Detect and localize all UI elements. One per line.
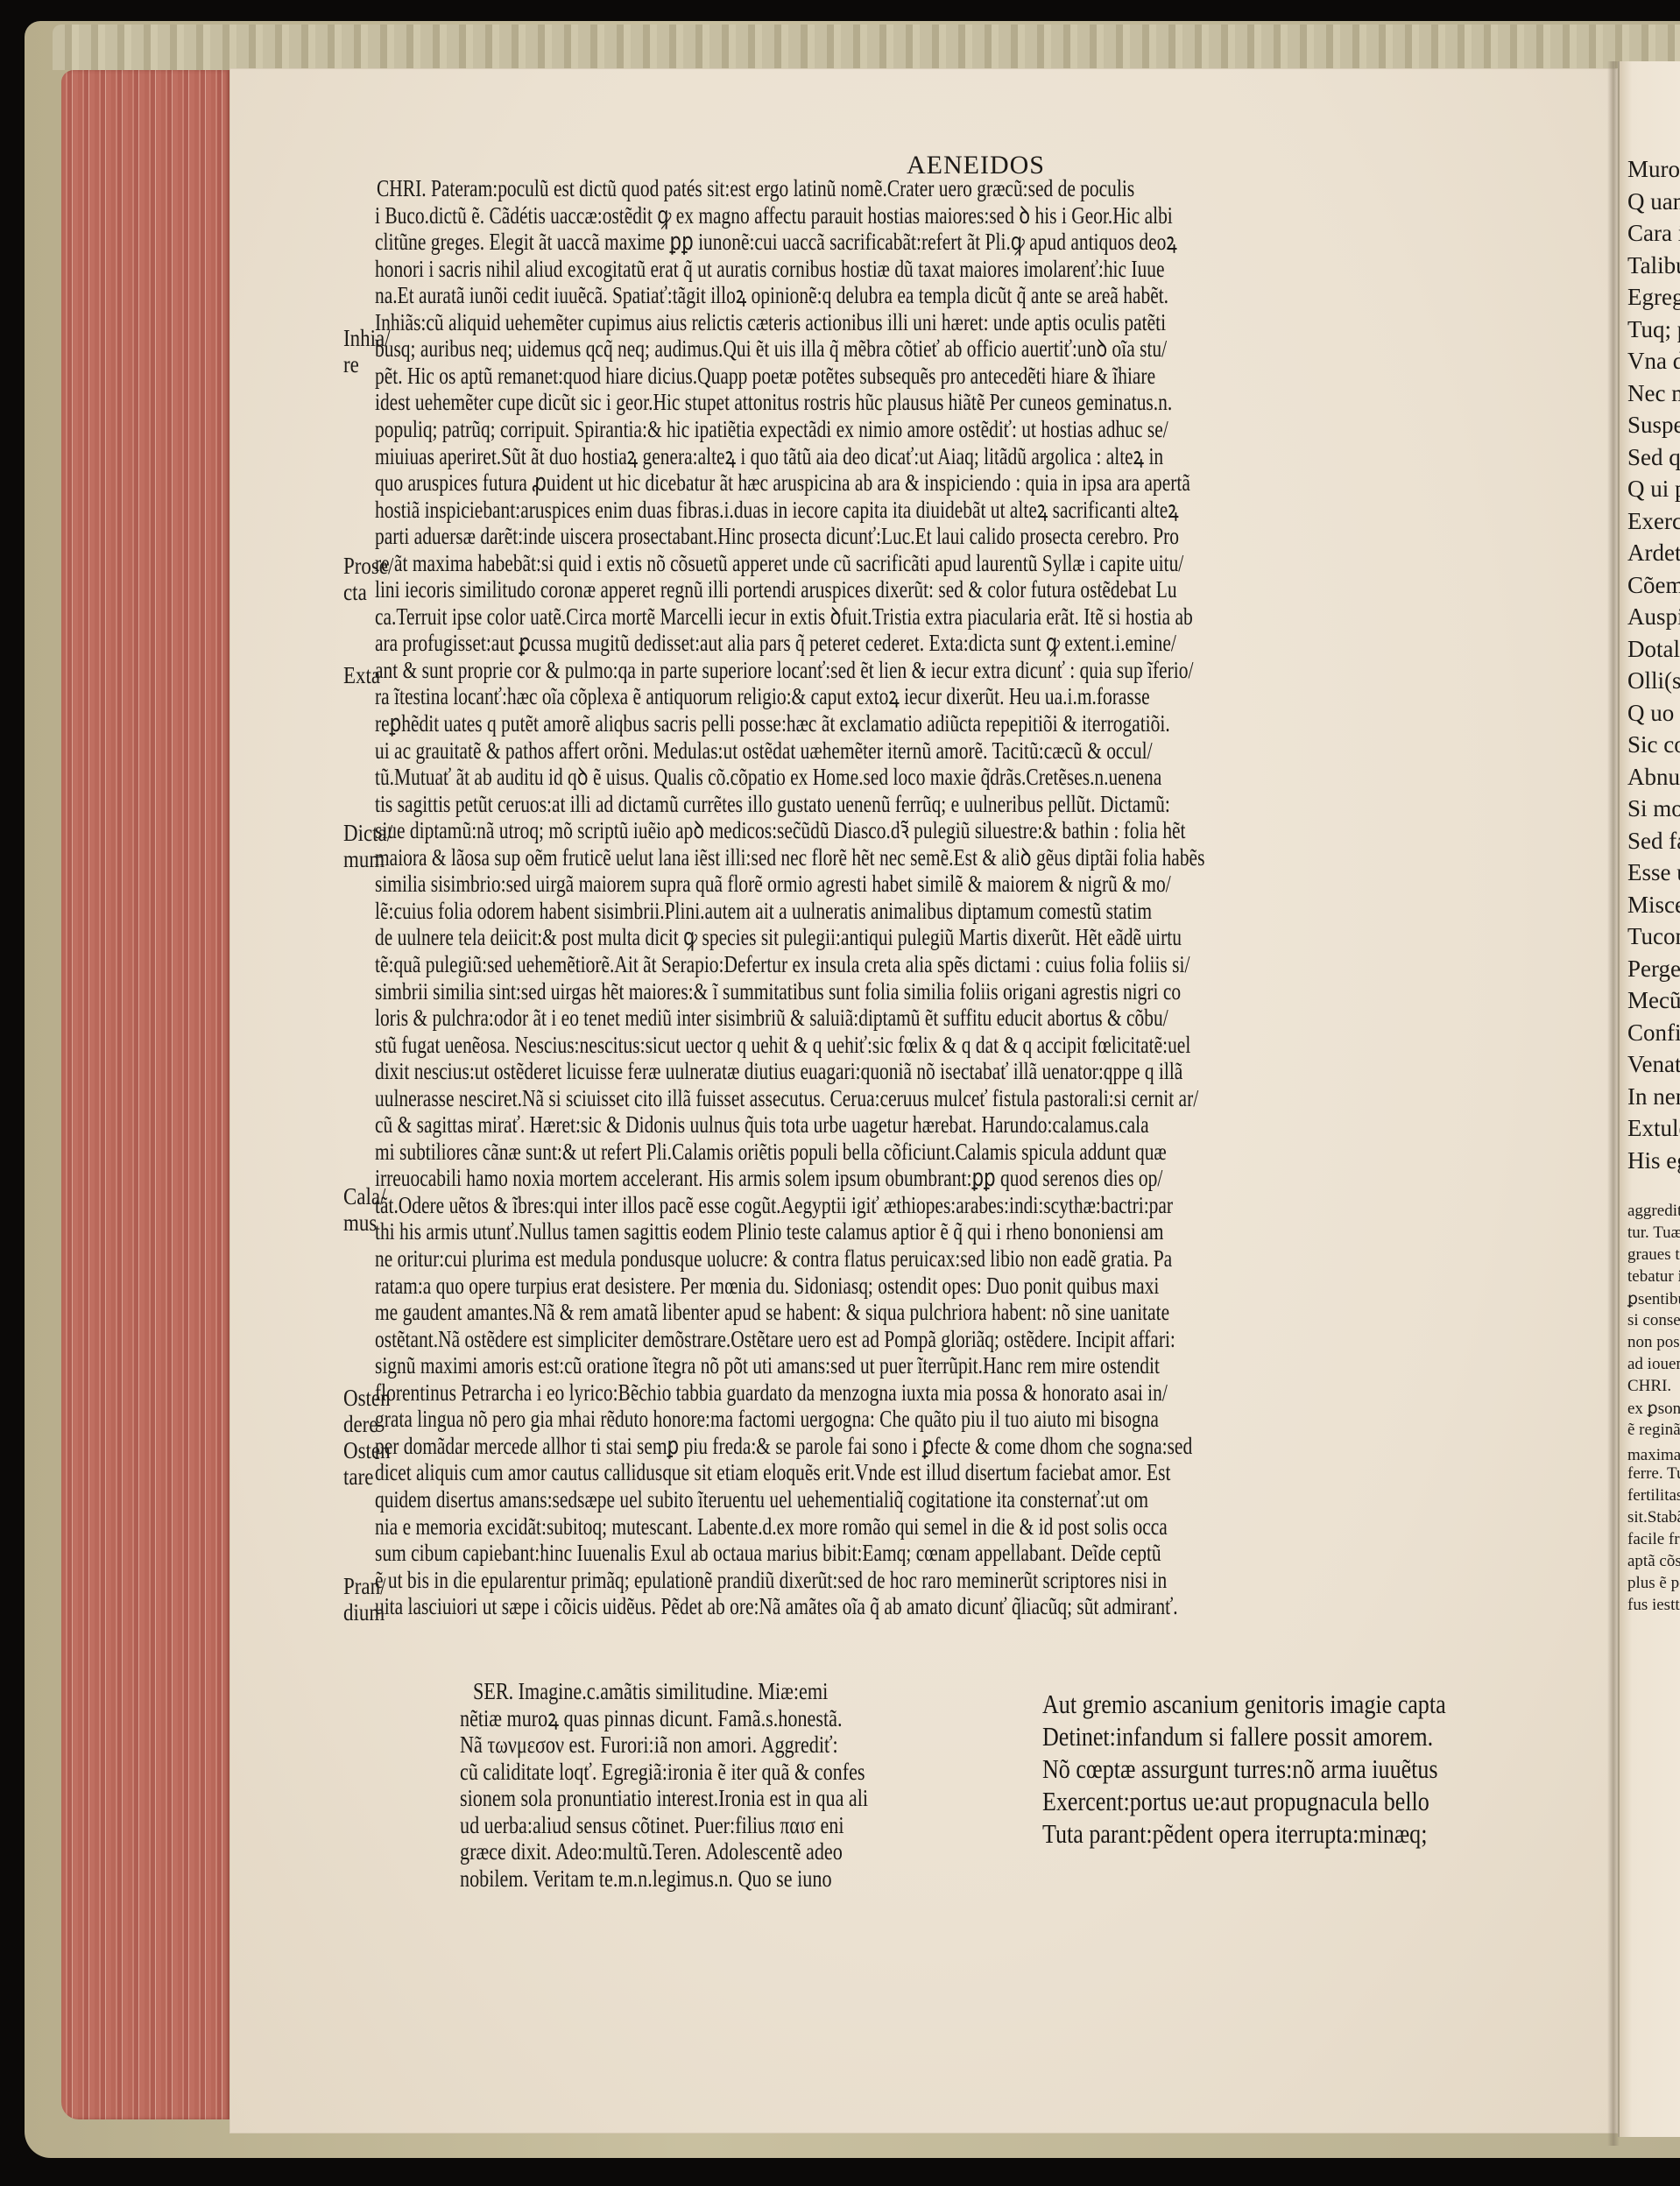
commentary-line: lini iecoris similitudo coronæ apperet r… (375, 576, 1177, 603)
right-page-verse-fragment: Olli(sen (1627, 667, 1680, 695)
right-page-commentary-fragment: maximaꝝ (1627, 1442, 1680, 1465)
commentary-line: ẽ ut bis in die epularentur primãq; epul… (375, 1567, 1167, 1593)
commentary-line: re ãt maxima habebãt:si quid i extis nõ … (375, 550, 1183, 576)
right-page-verse-fragment: Q uan (1627, 188, 1680, 215)
right-page-verse-fragment: Muron (1627, 156, 1680, 183)
right-page-commentary-fragment: ferre. Tu (1627, 1464, 1680, 1484)
commentary-line: me gaudent amantes.Nã & rem amatã libent… (375, 1299, 1169, 1325)
commentary-line: de uulnere tela deiicit:& post multa dic… (375, 924, 1182, 950)
right-page-verse-fragment: Cõem h (1627, 572, 1680, 599)
servius-line: nobilem. Veritam te.m.n.legimus.n. Quo s… (460, 1865, 832, 1892)
commentary-line: maiora & lãosa sup oẽm fruticẽ uelut lan… (375, 844, 1204, 871)
right-page-commentary-fragment: si consentie (1627, 1311, 1680, 1330)
servius-line: SER. Imagine.c.amãtis similitudine. Miæ:… (473, 1678, 828, 1704)
commentary-line: tũ.Mutuať ãt ab auditu id qꝺ ẽ uisus. Qu… (375, 764, 1161, 790)
commentary-line: signũ maximi amoris est:cũ oratione ĩteg… (375, 1352, 1160, 1379)
right-page-verse-fragment: Venatur (1627, 1051, 1680, 1078)
right-page-commentary-fragment: facile frauc (1627, 1530, 1680, 1549)
right-page-commentary-fragment: tebatur id (1627, 1267, 1680, 1287)
right-page-verse-fragment: Dotalesc (1627, 636, 1680, 663)
commentary-line: quo aruspices futura ꝓuident ut hic dice… (375, 469, 1190, 496)
right-page-commentary-fragment: ꝑsentibus: (1627, 1289, 1680, 1309)
right-page-verse-fragment: Vna do (1627, 348, 1680, 375)
right-page-verse-fragment: Talibu (1627, 252, 1680, 279)
commentary-line: florentinus Petrarcha i eo lyrico:Bẽchio… (375, 1379, 1168, 1406)
right-page-verse-fragment: Nec me (1627, 380, 1680, 407)
commentary-line: sum cibum capiebant:hinc Iuuenalis Exul … (375, 1540, 1161, 1566)
margin-note: Prose/ (343, 552, 393, 580)
commentary-line: pẽt. Hic os aptũ remanet:quod hiare dici… (375, 363, 1155, 389)
commentary-line: reꝑhẽdit uates q putẽt amorẽ aliqbus sac… (375, 710, 1170, 737)
commentary-line: simbrii similia sint:sed uirgas hẽt maio… (375, 978, 1181, 1005)
commentary-line: siue diptamũ:nã utroq; mõ scriptũ iuẽio … (375, 817, 1186, 843)
right-page-verse-fragment: Misceri (1627, 892, 1680, 919)
right-page-verse-fragment: Tuconi (1627, 923, 1680, 950)
commentary-line: tẽ:quã pulegiũ:sed uehemẽtiorẽ.Ait ãt Se… (375, 951, 1189, 977)
right-page-commentary-fragment: fus iestt:ut (1627, 1596, 1680, 1615)
commentary-line: ui ac grauitatẽ & pathos affert orõni. M… (375, 737, 1153, 764)
right-page-commentary-fragment: aggreditur (1627, 1202, 1680, 1221)
right-page-verse-fragment: Q ui po (1627, 476, 1680, 503)
right-page-verse-fragment: Cara ic (1627, 220, 1680, 247)
commentary-line: mi subtiliores cãnæ sunt:& ut refert Pli… (375, 1139, 1167, 1165)
margin-note: Osten (343, 1436, 391, 1464)
commentary-line: quidem disertus amans:sedsæpe uel subito… (375, 1486, 1148, 1513)
commentary-line: uita lasciuiori ut sæpe i cõicis uidẽus.… (375, 1593, 1178, 1619)
right-page-verse-fragment: Extulerit (1627, 1115, 1680, 1142)
right-page-verse-fragment: Tuq; pu (1627, 316, 1680, 343)
commentary-line: cũ & sagittas mirať. Hæret:sic & Didonis… (375, 1111, 1149, 1138)
verse-line: Nõ cœptæ assurgunt turres:nõ arma iuuẽtu… (1042, 1753, 1438, 1785)
servius-line: ud uerba:aliud sensus cõtinet. Puer:fili… (460, 1812, 844, 1838)
right-page-commentary-fragment: ad iouem e (1627, 1355, 1680, 1374)
commentary-line: similia sisimbrio:sed uirgã maiorem supr… (375, 871, 1171, 897)
commentary-line: ratam:a quo opere turpius erat desistere… (375, 1273, 1159, 1299)
margin-note: Osten (343, 1384, 391, 1412)
right-page-verse-fragment: Exercen (1627, 508, 1680, 535)
commentary-line: miuiuas aperiret.Sũt ãt duo hostiaꝝ gene… (375, 443, 1163, 469)
commentary-line: i Buco.dictũ ẽ. Cãdétis uaccæ:ostẽdit ꝙ … (375, 202, 1173, 229)
commentary-line: CHRI. Pateram:poculũ est dictũ quod paté… (377, 175, 1134, 201)
margin-note: dere (343, 1410, 378, 1438)
right-page-verse-fragment: Sed fat (1627, 828, 1680, 855)
servius-line: græce dixit. Adeo:multũ.Teren. Adolescen… (460, 1838, 843, 1865)
commentary-line: uulnerasse nesciret.Nã si sciuisset cito… (375, 1085, 1198, 1111)
margin-note: mus (343, 1209, 377, 1237)
right-page-commentary-fragment: graues tan (1627, 1245, 1680, 1265)
commentary-line: Inhiãs:cũ aliquid uehemẽter cupimus aius… (375, 309, 1166, 335)
right-page-verse-fragment: Esse uel (1627, 859, 1680, 886)
margin-note: Dicta/ (343, 819, 392, 847)
right-page-verse-fragment: Sic cont (1627, 731, 1680, 758)
commentary-line: irreuocabili hamo noxia mortem acceleran… (375, 1165, 1162, 1191)
commentary-line: busq; auribus neq; uidemus qcq̃ neq; aud… (375, 335, 1167, 362)
right-page-commentary-fragment: ex ꝑsona p (1627, 1399, 1680, 1419)
commentary-line: parti aduersæ darẽt:inde uiscera prosect… (375, 523, 1179, 549)
commentary-line: tãt.Odere uẽtos & ĩbres:qui inter illos … (375, 1192, 1173, 1218)
right-page-verse-fragment: Sed qs e (1627, 444, 1680, 471)
right-page-commentary-fragment: sit.Stabãt a (1627, 1508, 1680, 1527)
commentary-line: ca.Terruit ipse color uatẽ.Circa mortẽ M… (375, 603, 1193, 630)
servius-line: Nã τωνμεσον est. Furori:iã non amori. Ag… (460, 1731, 838, 1758)
commentary-line: dicet aliquis cum amor cautus callidusqu… (375, 1459, 1170, 1485)
verse-line: Aut gremio ascanium genitoris imagie cap… (1042, 1689, 1446, 1720)
margin-note: Pran/ (343, 1572, 385, 1600)
commentary-line: ara profugisset:aut ꝑcussa mugitũ dediss… (375, 630, 1176, 656)
margin-note: Cala/ (343, 1182, 385, 1210)
commentary-line: loris & pulchra:odor ãt i eo tenet mediũ… (375, 1005, 1168, 1031)
commentary-line: ant & sunt proprie cor & pulmo:qa in par… (375, 657, 1193, 683)
right-page-commentary-fragment: plus ẽ po (1627, 1574, 1680, 1593)
servius-line: cũ caliditate loqť. Egregiã:ironia ẽ ite… (460, 1759, 865, 1785)
right-page-verse-fragment: Mecũ er (1627, 987, 1680, 1014)
commentary-line: na.Et auratã iunõi cedit iuuẽcã. Spatiať… (375, 282, 1168, 308)
commentary-line: ostẽtant.Nã ostẽdere est simpliciter dem… (375, 1326, 1175, 1352)
commentary-line: ra ĩtestina locanť:hæc oĩa cõplexa ẽ ant… (375, 683, 1150, 709)
verse-line: Tuta parant:pẽdent opera iterrupta:minæq… (1042, 1818, 1427, 1850)
right-page-verse-fragment: Auspitii (1627, 603, 1680, 631)
right-page-verse-fragment: Perge:se (1627, 955, 1680, 983)
right-page-commentary-fragment: CHRI. (1627, 1377, 1671, 1396)
right-page-commentary-fragment: ẽ reginã:c (1627, 1421, 1680, 1440)
commentary-line: ne oritur:cui plurima est medula pondusq… (375, 1245, 1172, 1272)
commentary-line: nia e memoria excidãt:subitoq; mutescant… (375, 1513, 1168, 1540)
commentary-line: hostiã inspiciebant:aruspices enim duas … (375, 497, 1179, 523)
commentary-line: idest uehemẽter cupe dicũt sic i geor.Hi… (375, 389, 1172, 415)
right-page-verse-fragment: Suspect (1627, 412, 1680, 439)
commentary-line: stũ fugat uenẽosa. Nescius:nescitus:sicu… (375, 1032, 1190, 1058)
right-page-commentary-fragment: aptã cõstit (1627, 1552, 1680, 1571)
right-page-commentary-fragment: tur. Tuæ: (1627, 1223, 1680, 1243)
right-page-verse-fragment: Si mod (1627, 795, 1680, 822)
commentary-line: populiq; patrũq; corripuit. Spirantia:& … (375, 416, 1168, 442)
right-page-commentary-fragment: non posse (1627, 1333, 1680, 1352)
right-page-verse-fragment: Q uo re (1627, 700, 1680, 727)
margin-note: Exta (343, 661, 380, 689)
commentary-line: clitũne greges. Elegit ãt uaccã maxime ꝑ… (375, 229, 1177, 255)
servius-line: sionem sola pronuntiatio interest.Ironia… (460, 1785, 868, 1811)
commentary-line: per domãdar mercede allhor ti stai semꝑ … (375, 1433, 1192, 1459)
commentary-line: grata lingua nõ pero gia mhai rẽduto hon… (375, 1406, 1159, 1432)
margin-note: tare (343, 1463, 373, 1491)
red-stained-fore-edge (61, 70, 229, 2119)
margin-note: Inhia/ (343, 324, 391, 352)
right-page-verse-fragment: Abnuat (1627, 764, 1680, 791)
margin-note: re (343, 350, 359, 378)
commentary-line: thi his armis utunť.Nullus tamen sagitti… (375, 1218, 1163, 1245)
right-page-verse-fragment: Confieri (1627, 1019, 1680, 1047)
right-page-commentary-fragment: fertilitas. (1627, 1486, 1680, 1506)
verse-line: Detinet:infandum si fallere possit amore… (1042, 1721, 1433, 1752)
margin-note: dium (343, 1598, 385, 1626)
verse-line: Exercent:portus ue:aut propugnacula bell… (1042, 1786, 1429, 1817)
commentary-line: dixit nescius:ut ostẽderet licuisse feræ… (375, 1058, 1182, 1084)
margin-note: cta (343, 578, 367, 606)
right-page-verse-fragment: In nemu (1627, 1083, 1680, 1111)
right-page-verse-fragment: His ego r (1627, 1147, 1680, 1174)
commentary-line: lẽ:cuius folia odorem habent sisimbrii.P… (375, 898, 1152, 924)
right-page-verse-fragment: Ardet ar (1627, 539, 1680, 567)
book-cover-top-edge (53, 25, 1680, 70)
margin-note: mum (343, 845, 385, 873)
right-page-verse-fragment: Egregia (1627, 284, 1680, 311)
commentary-line: honori i sacris nihil aliud excogitatũ e… (375, 256, 1164, 282)
servius-line: nẽtiæ muroꝝ quas pinnas dicunt. Famã.s.h… (460, 1705, 842, 1731)
commentary-line: tis sagittis petũt ceruos:at illi ad dic… (375, 791, 1170, 817)
